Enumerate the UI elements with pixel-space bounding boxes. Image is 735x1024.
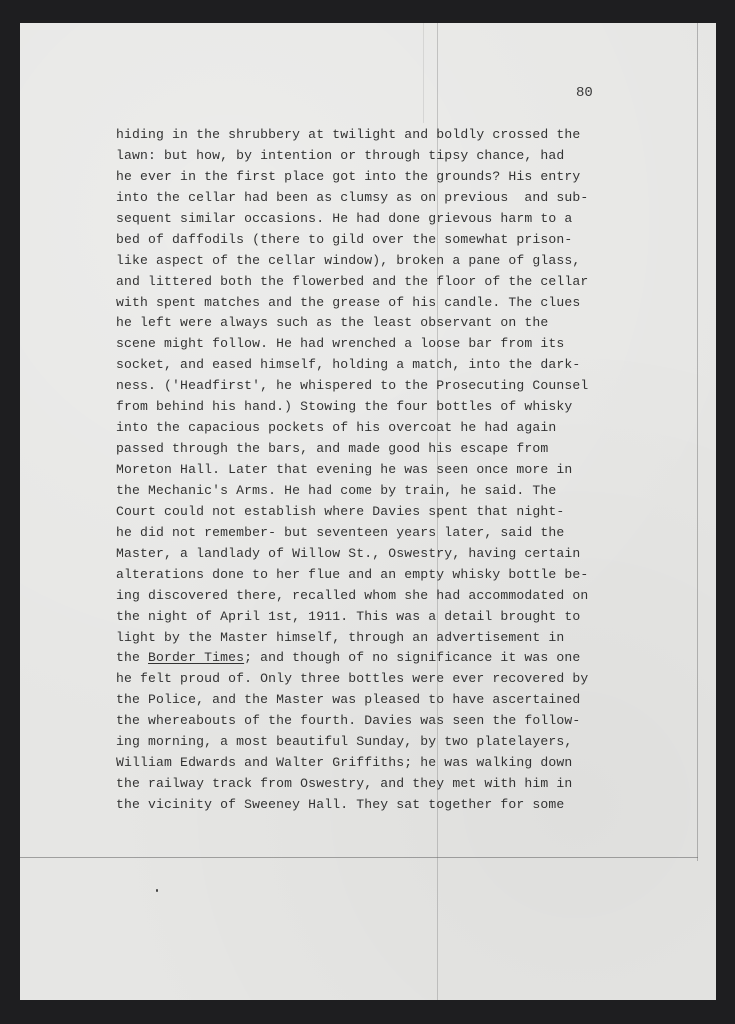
- text-line: he ever in the first place got into the …: [116, 167, 656, 188]
- text-line: with spent matches and the grease of his…: [116, 293, 656, 314]
- text-line: into the capacious pockets of his overco…: [116, 418, 656, 439]
- page-number: 80: [576, 85, 593, 101]
- text-line: Court could not establish where Davies s…: [116, 502, 656, 523]
- right-fold-line: [697, 23, 698, 861]
- ink-speck: [156, 889, 158, 892]
- text-line: lawn: but how, by intention or through t…: [116, 146, 656, 167]
- horizontal-fold-line: [20, 857, 698, 858]
- text-line: William Edwards and Walter Griffiths; he…: [116, 753, 656, 774]
- text-line: the Mechanic's Arms. He had come by trai…: [116, 481, 656, 502]
- text-line: ness. ('Headfirst', he whispered to the …: [116, 376, 656, 397]
- text-line: bed of daffodils (there to gild over the…: [116, 230, 656, 251]
- text-line: alterations done to her flue and an empt…: [116, 565, 656, 586]
- text-line: scene might follow. He had wrenched a lo…: [116, 334, 656, 355]
- text-line: passed through the bars, and made good h…: [116, 439, 656, 460]
- text-line: the Police, and the Master was pleased t…: [116, 690, 656, 711]
- text-line: ing discovered there, recalled whom she …: [116, 586, 656, 607]
- text-line: hiding in the shrubbery at twilight and …: [116, 125, 656, 146]
- text-line: he left were always such as the least ob…: [116, 313, 656, 334]
- text-line: the railway track from Oswestry, and the…: [116, 774, 656, 795]
- text-line: light by the Master himself, through an …: [116, 628, 656, 649]
- document-page: 80 hiding in the shrubbery at twilight a…: [20, 23, 716, 1000]
- text-line: socket, and eased himself, holding a mat…: [116, 355, 656, 376]
- text-line: the night of April 1st, 1911. This was a…: [116, 607, 656, 628]
- text-line: Moreton Hall. Later that evening he was …: [116, 460, 656, 481]
- faint-crease-line: [423, 23, 424, 123]
- text-line: from behind his hand.) Stowing the four …: [116, 397, 656, 418]
- text-line: Master, a landlady of Willow St., Oswest…: [116, 544, 656, 565]
- text-line: he did not remember- but seventeen years…: [116, 523, 656, 544]
- text-line: the vicinity of Sweeney Hall. They sat t…: [116, 795, 656, 816]
- text-line-with-underline: the Border Times; and though of no signi…: [116, 648, 656, 669]
- text-line: like aspect of the cellar window), broke…: [116, 251, 656, 272]
- text-line: the whereabouts of the fourth. Davies wa…: [116, 711, 656, 732]
- text-line: into the cellar had been as clumsy as on…: [116, 188, 656, 209]
- text-line: sequent similar occasions. He had done g…: [116, 209, 656, 230]
- text-segment: the: [116, 650, 148, 665]
- text-line: he felt proud of. Only three bottles wer…: [116, 669, 656, 690]
- text-segment: ; and though of no significance it was o…: [244, 650, 580, 665]
- underlined-newspaper-title: Border Times: [148, 650, 244, 665]
- typewritten-body-text: hiding in the shrubbery at twilight and …: [116, 125, 656, 816]
- text-line: ing morning, a most beautiful Sunday, by…: [116, 732, 656, 753]
- text-line: and littered both the flowerbed and the …: [116, 272, 656, 293]
